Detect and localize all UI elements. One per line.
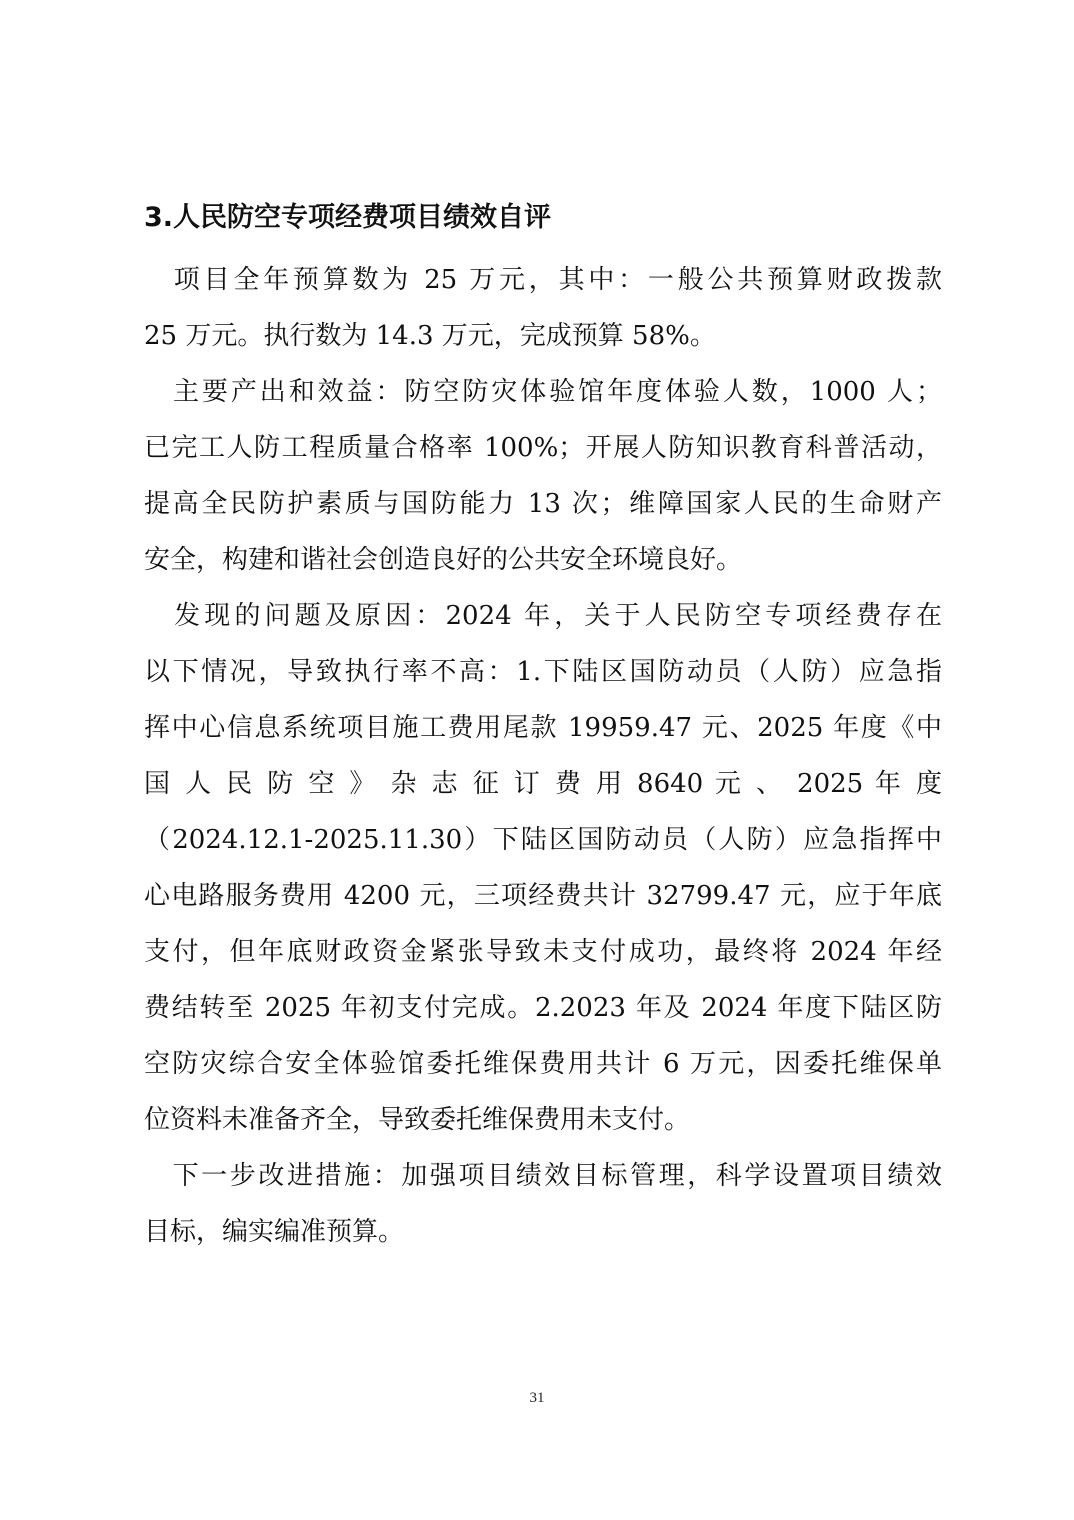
text-line: 安全，构建和谐社会创造良好的公共安全环境良好。 xyxy=(144,532,942,588)
page-number: 31 xyxy=(0,1390,1074,1407)
text-line: 空防灾综合安全体验馆委托维保费用共计 6 万元，因委托维保单 xyxy=(144,1036,942,1092)
text-line: 目标，编实编准预算。 xyxy=(144,1204,942,1260)
paragraph-budget: 项目全年预算数为 25 万元，其中：一般公共预算财政拨款 25 万元。执行数为 … xyxy=(144,252,942,364)
text-line: 以下情况，导致执行率不高：1.下陆区国防动员（人防）应急指 xyxy=(144,644,942,700)
text-line: 国 人 民 防 空 》 杂 志 征 订 费 用 8640 元 、 2025 年 … xyxy=(144,756,942,812)
text-line: 25 万元。执行数为 14.3 万元，完成预算 58%。 xyxy=(144,308,942,364)
text-line: 主要产出和效益：防空防灾体验馆年度体验人数，1000 人； xyxy=(144,364,942,420)
text-line: 费结转至 2025 年初支付完成。2.2023 年及 2024 年度下陆区防 xyxy=(144,980,942,1036)
text-line: 发现的问题及原因：2024 年，关于人民防空专项经费存在 xyxy=(144,588,942,644)
paragraph-improvements: 下一步改进措施：加强项目绩效目标管理，科学设置项目绩效 目标，编实编准预算。 xyxy=(144,1148,942,1260)
text-line: 已完工人防工程质量合格率 100%；开展人防知识教育科普活动， xyxy=(144,420,942,476)
text-line: 挥中心信息系统项目施工费用尾款 19959.47 元、2025 年度《中 xyxy=(144,700,942,756)
text-line: （2024.12.1-2025.11.30）下陆区国防动员（人防）应急指挥中 xyxy=(144,812,942,868)
paragraph-outputs: 主要产出和效益：防空防灾体验馆年度体验人数，1000 人； 已完工人防工程质量合… xyxy=(144,364,942,588)
document-page: 3.人民防空专项经费项目绩效自评 项目全年预算数为 25 万元，其中：一般公共预… xyxy=(0,0,1074,1520)
section-heading: 3.人民防空专项经费项目绩效自评 xyxy=(144,198,551,238)
text-line: 下一步改进措施：加强项目绩效目标管理，科学设置项目绩效 xyxy=(144,1148,942,1204)
text-line: 项目全年预算数为 25 万元，其中：一般公共预算财政拨款 xyxy=(144,252,942,308)
text-line: 心电路服务费用 4200 元，三项经费共计 32799.47 元，应于年底 xyxy=(144,868,942,924)
text-line: 支付，但年底财政资金紧张导致未支付成功，最终将 2024 年经 xyxy=(144,924,942,980)
text-line: 位资料未准备齐全，导致委托维保费用未支付。 xyxy=(144,1092,942,1148)
text-line: 提高全民防护素质与国防能力 13 次；维障国家人民的生命财产 xyxy=(144,476,942,532)
paragraph-problems: 发现的问题及原因：2024 年，关于人民防空专项经费存在 以下情况，导致执行率不… xyxy=(144,588,942,1148)
